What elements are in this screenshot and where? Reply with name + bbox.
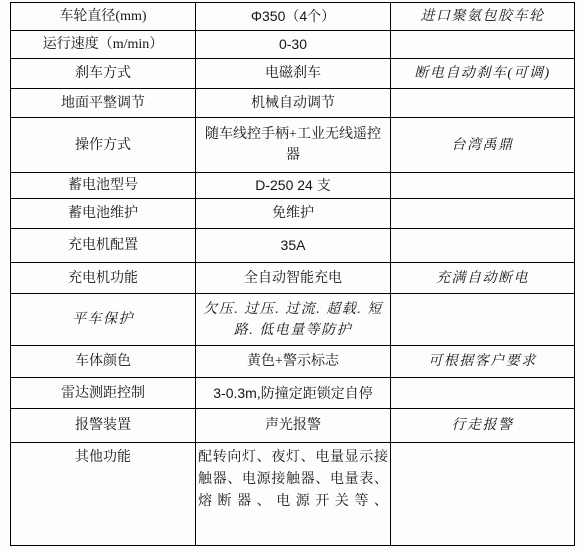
table-row: 其他功能 配转向灯、夜灯、电量显示接触器、电源接触器、电量表、熔断器、电源开关等… [11, 443, 575, 546]
spec-label: 车体颜色 [11, 346, 196, 378]
spec-label: 刹车方式 [11, 59, 196, 89]
spec-value: 声光报警 [196, 409, 391, 443]
spec-note [391, 199, 575, 229]
table-row: 车轮直径(mm) Φ350（4个） 进口聚氨包胶车轮 [11, 3, 575, 31]
table-row: 蓄电池维护 免维护 [11, 199, 575, 229]
spec-note: 台湾禹鼎 [391, 118, 575, 173]
table-row: 平车保护 欠压. 过压. 过流. 超载. 短路. 低电量等防护 [11, 294, 575, 346]
spec-label: 雷达测距控制 [11, 378, 196, 409]
spec-label: 其他功能 [11, 443, 196, 546]
spec-value: 0-30 [196, 31, 391, 59]
spec-value: 欠压. 过压. 过流. 超载. 短路. 低电量等防护 [196, 294, 391, 346]
table-row: 充电机功能 全自动智能充电 充满自动断电 [11, 263, 575, 294]
spec-sheet-page: 车轮直径(mm) Φ350（4个） 进口聚氨包胶车轮 运行速度（m/min） 0… [0, 0, 585, 550]
spec-note [391, 443, 575, 546]
table-row: 报警装置 声光报警 行走报警 [11, 409, 575, 443]
spec-label: 运行速度（m/min） [11, 31, 196, 59]
spec-value: 黄色+警示标志 [196, 346, 391, 378]
spec-note [391, 89, 575, 118]
spec-value: 配转向灯、夜灯、电量显示接触器、电源接触器、电量表、熔断器、电源开关等、 [196, 443, 391, 546]
table-row: 刹车方式 电磁刹车 断电自动刹车(可调) [11, 59, 575, 89]
spec-note [391, 173, 575, 199]
spec-note: 进口聚氨包胶车轮 [391, 3, 575, 31]
table-row: 车体颜色 黄色+警示标志 可根据客户要求 [11, 346, 575, 378]
table-row: 运行速度（m/min） 0-30 [11, 31, 575, 59]
spec-value: 电磁刹车 [196, 59, 391, 89]
spec-label: 报警装置 [11, 409, 196, 443]
table-row: 操作方式 随车线控手柄+工业无线遥控器 台湾禹鼎 [11, 118, 575, 173]
spec-note: 充满自动断电 [391, 263, 575, 294]
spec-label: 车轮直径(mm) [11, 3, 196, 31]
table-row: 地面平整调节 机械自动调节 [11, 89, 575, 118]
spec-table: 车轮直径(mm) Φ350（4个） 进口聚氨包胶车轮 运行速度（m/min） 0… [10, 2, 575, 546]
table-row: 充电机配置 35A [11, 229, 575, 263]
spec-note: 断电自动刹车(可调) [391, 59, 575, 89]
spec-value: Φ350（4个） [196, 3, 391, 31]
spec-note [391, 294, 575, 346]
spec-value: 随车线控手柄+工业无线遥控器 [196, 118, 391, 173]
table-row: 雷达测距控制 3-0.3m,防撞定距锁定自停 [11, 378, 575, 409]
spec-value: 35A [196, 229, 391, 263]
spec-value: 3-0.3m,防撞定距锁定自停 [196, 378, 391, 409]
table-row: 蓄电池型号 D-250 24 支 [11, 173, 575, 199]
spec-note: 行走报警 [391, 409, 575, 443]
spec-value: 机械自动调节 [196, 89, 391, 118]
spec-label: 平车保护 [11, 294, 196, 346]
spec-note [391, 378, 575, 409]
spec-value: 全自动智能充电 [196, 263, 391, 294]
spec-label: 地面平整调节 [11, 89, 196, 118]
spec-label: 蓄电池维护 [11, 199, 196, 229]
spec-value: D-250 24 支 [196, 173, 391, 199]
spec-label: 充电机功能 [11, 263, 196, 294]
spec-label: 充电机配置 [11, 229, 196, 263]
spec-note: 可根据客户要求 [391, 346, 575, 378]
spec-note [391, 31, 575, 59]
spec-label: 蓄电池型号 [11, 173, 196, 199]
spec-label: 操作方式 [11, 118, 196, 173]
spec-note [391, 229, 575, 263]
spec-value: 免维护 [196, 199, 391, 229]
